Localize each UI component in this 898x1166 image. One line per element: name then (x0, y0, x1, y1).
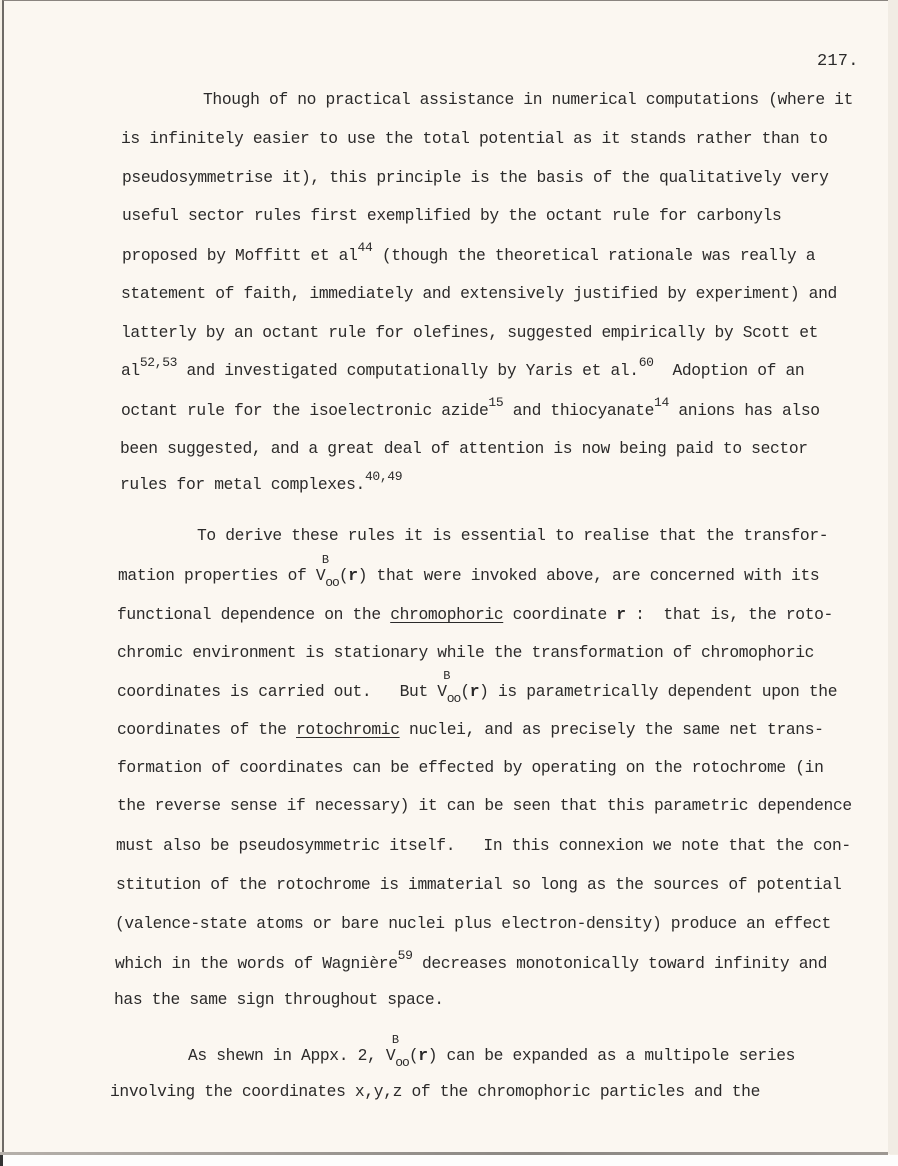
text-line: functional dependence on the chromophori… (117, 605, 833, 624)
text-line: the reverse sense if necessary) it can b… (117, 796, 852, 815)
text-line: been suggested, and a great deal of atte… (120, 439, 808, 458)
text-line: involving the coordinates x,y,z of the c… (110, 1082, 760, 1101)
text-line: coordinates of the rotochromic nuclei, a… (117, 720, 824, 739)
underlined-term: chromophoric (390, 605, 503, 624)
text-line: rules for metal complexes.40,49 (120, 475, 402, 494)
coordinate-symbol: r (616, 605, 625, 624)
text-line: Though of no practical assistance in num… (203, 90, 853, 109)
text-line: has the same sign throughout space. (114, 990, 444, 1009)
text-line: octant rule for the isoelectronic azide1… (121, 401, 820, 420)
text-line: latterly by an octant rule for olefines,… (121, 323, 818, 342)
citation: 40,49 (365, 469, 402, 484)
text-line: is infinitely easier to use the total po… (121, 129, 828, 148)
page-number: 217. (817, 52, 859, 71)
scan-background (0, 1155, 898, 1166)
text-line: stitution of the rotochrome is immateria… (116, 875, 841, 894)
citation: 14 (654, 395, 669, 410)
text-line: statement of faith, immediately and exte… (121, 284, 837, 303)
text-line: must also be pseudosymmetric itself. In … (116, 836, 851, 855)
text-line: (valence-state atoms or bare nuclei plus… (115, 914, 831, 933)
text-line: proposed by Moffitt et al44 (though the … (122, 246, 815, 265)
coordinate-symbol: r (348, 566, 357, 585)
potential-symbol: VBoo(r) (437, 682, 488, 701)
text-line: mation properties of VBoo(r) that were i… (118, 566, 819, 585)
text-line: pseudosymmetrise it), this principle is … (122, 168, 829, 187)
potential-symbol: VBoo(r) (386, 1046, 437, 1065)
coordinate-symbol: r (470, 682, 479, 701)
text-line: chromic environment is stationary while … (117, 643, 814, 662)
text-line: As shewn in Appx. 2, VBoo(r) can be expa… (188, 1046, 795, 1065)
text-line: al52,53 and investigated computationally… (121, 361, 804, 380)
text-line: which in the words of Wagnière59 decreas… (115, 954, 827, 973)
text-line: coordinates is carried out. But VBoo(r) … (117, 682, 837, 701)
citation: 44 (358, 240, 373, 255)
page-edge (888, 0, 898, 1154)
underlined-term: rotochromic (296, 720, 400, 739)
potential-symbol: VBoo(r) (316, 566, 367, 585)
text-line: useful sector rules first exemplified by… (122, 206, 781, 225)
text-line: formation of coordinates can be effected… (117, 758, 824, 777)
citation: 52,53 (140, 355, 177, 370)
text-line: To derive these rules it is essential to… (197, 526, 828, 545)
citation: 59 (398, 948, 413, 963)
citation: 60 (639, 355, 654, 370)
coordinate-symbol: r (418, 1046, 427, 1065)
citation: 15 (488, 395, 503, 410)
